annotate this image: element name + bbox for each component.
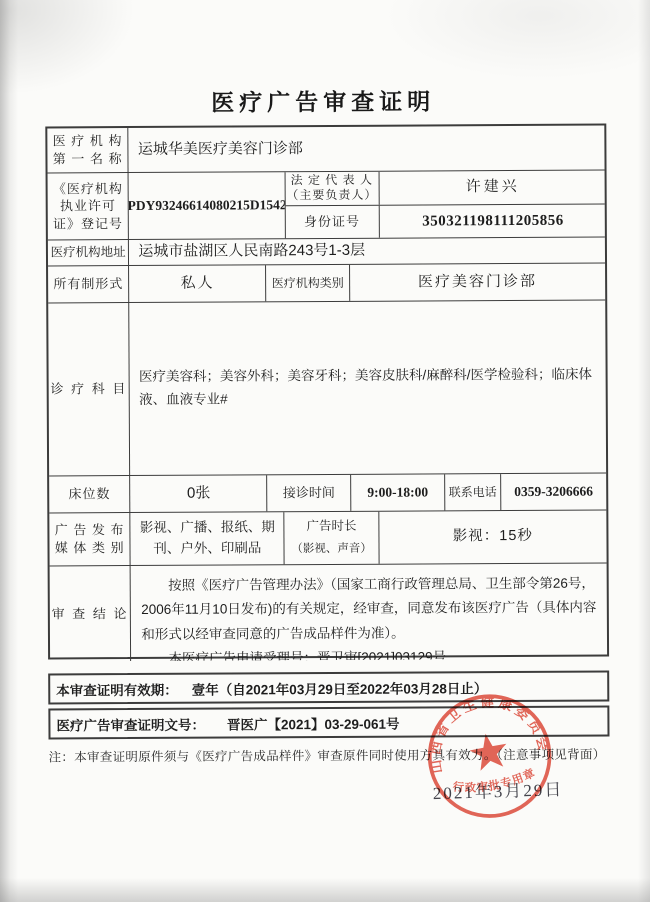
license-value: PDY93246614080215D1542 xyxy=(129,172,286,239)
license-label: 《医疗机构执业许可证》登记号 xyxy=(48,173,130,239)
media-label-line2: 媒 体 类 别 xyxy=(55,539,125,557)
phone-label: 联系电话 xyxy=(445,474,501,510)
media-label: 广 告 发 布 媒 体 类 别 xyxy=(49,513,131,565)
legal-rep-block: 法 定 代 表 人 （主要负责人） 许建兴 身份证号 3503211981112… xyxy=(286,171,605,239)
duration-value: 影视：15秒 xyxy=(379,511,607,564)
ownership-value: 私人 xyxy=(129,265,266,302)
org-name-label-line1: 医 疗 机 构 xyxy=(53,133,123,151)
legal-rep-label-line1: 法 定 代 表 人 xyxy=(291,173,373,188)
phone-value: 0359-3206666 xyxy=(501,474,606,511)
media-value: 影视、广播、报纸、期刊、户外、印刷品 xyxy=(131,512,285,565)
org-name-label-line2: 第 一 名 称 xyxy=(53,150,123,168)
seal-star-icon xyxy=(467,730,510,772)
seal-bottom-text: 行政审批专用章 xyxy=(450,765,539,800)
hours-value: 9:00-18:00 xyxy=(351,474,446,510)
id-number-label: 身份证号 xyxy=(286,205,380,238)
review-value: 按照《医疗广告管理办法》（国家工商行政管理总局、卫生部令第26号，2006年11… xyxy=(131,564,607,661)
org-name-value: 运城华美医疗美容门诊部 xyxy=(129,126,605,172)
legal-rep-value: 许建兴 xyxy=(380,171,605,205)
review-paragraph: 按照《医疗广告管理办法》（国家工商行政管理总局、卫生部令第26号，2006年11… xyxy=(141,572,597,647)
svg-text:行政审批专用章: 行政审批专用章 xyxy=(450,765,539,800)
beds-label: 床位数 xyxy=(49,476,131,512)
ownership-label: 所有制形式 xyxy=(48,266,130,302)
hours-label: 接诊时间 xyxy=(268,475,352,511)
row-departments: 诊 疗 科 目 医疗美容科；美容外科；美容牙科；美容皮肤科/麻醉科/医学检验科；… xyxy=(48,301,606,477)
license-label-text: 《医疗机构执业许可证》登记号 xyxy=(52,180,125,233)
departments-label: 诊 疗 科 目 xyxy=(48,303,130,475)
duration-label-line1: 广告时长 xyxy=(306,515,356,539)
doc-number-label: 医疗广告审查证明文号： xyxy=(56,713,205,734)
duration-label: 广告时长 （影视、声音） xyxy=(285,512,380,564)
scanned-certificate-page: { "page": { "title": "医疗广告审查证明" }, "rows… xyxy=(0,0,650,902)
row-license: 《医疗机构执业许可证》登记号 PDY93246614080215D1542 法 … xyxy=(48,171,605,241)
legal-rep-label: 法 定 代 表 人 （主要负责人） xyxy=(286,172,380,205)
certificate-content: 医疗广告审查证明 医 疗 机 构 第 一 名 称 运城华美医疗美容门诊部 《医疗… xyxy=(0,0,650,902)
duration-label-line2: （影视、声音） xyxy=(291,539,372,561)
row-beds-hours-phone: 床位数 0张 接诊时间 9:00-18:00 联系电话 0359-3206666 xyxy=(49,474,606,514)
org-name-label: 医 疗 机 构 第 一 名 称 xyxy=(47,128,129,172)
id-number-value: 350321198111205856 xyxy=(380,204,605,238)
review-label: 审 查 结 论 xyxy=(50,566,132,661)
beds-value: 0张 xyxy=(131,475,268,512)
row-address: 医疗机构地址 运城市盐湖区人民南路243号1-3层 xyxy=(48,238,605,267)
row-media-duration: 广 告 发 布 媒 体 类 别 影视、广播、报纸、期刊、户外、印刷品 广告时长 … xyxy=(49,511,606,567)
row-org-name: 医 疗 机 构 第 一 名 称 运城华美医疗美容门诊部 xyxy=(47,126,604,174)
official-seal-stamp: 山西省卫生健康委员会 行政审批专用章 xyxy=(415,682,564,831)
doc-number-value: 晋医广【2021】03-29-061号 xyxy=(227,712,400,733)
address-label: 医疗机构地址 xyxy=(48,240,130,265)
legal-rep-row: 法 定 代 表 人 （主要负责人） 许建兴 xyxy=(286,171,605,206)
document-title: 医疗广告审查证明 xyxy=(0,82,648,118)
address-value: 运城市盐湖区人民南路243号1-3层 xyxy=(129,238,605,265)
legal-rep-label-line2: （主要负责人） xyxy=(286,188,377,203)
certificate-table: 医 疗 机 构 第 一 名 称 运城华美医疗美容门诊部 《医疗机构执业许可证》登… xyxy=(45,124,609,660)
org-category-value: 医疗美容门诊部 xyxy=(350,264,605,301)
org-category-label: 医疗机构类别 xyxy=(266,265,350,301)
validity-label: 本审查证明有效期： xyxy=(56,678,178,699)
id-number-row: 身份证号 350321198111205856 xyxy=(286,204,605,238)
departments-value: 医疗美容科；美容外科；美容牙科；美容皮肤科/麻醉科/医学检验科；临床体液、血液专… xyxy=(130,301,606,475)
row-ownership: 所有制形式 私人 医疗机构类别 医疗美容门诊部 xyxy=(48,264,605,304)
row-review: 审 查 结 论 按照《医疗广告管理办法》（国家工商行政管理总局、卫生部令第26号… xyxy=(50,564,607,662)
media-label-line1: 广 告 发 布 xyxy=(55,522,125,540)
review-acceptance-no: 本医疗广告申请受理号：晋卫审[2021]03129号 xyxy=(141,644,597,661)
validity-value: 壹年（自2021年03月29日至2022年03月28日止） xyxy=(192,677,488,699)
